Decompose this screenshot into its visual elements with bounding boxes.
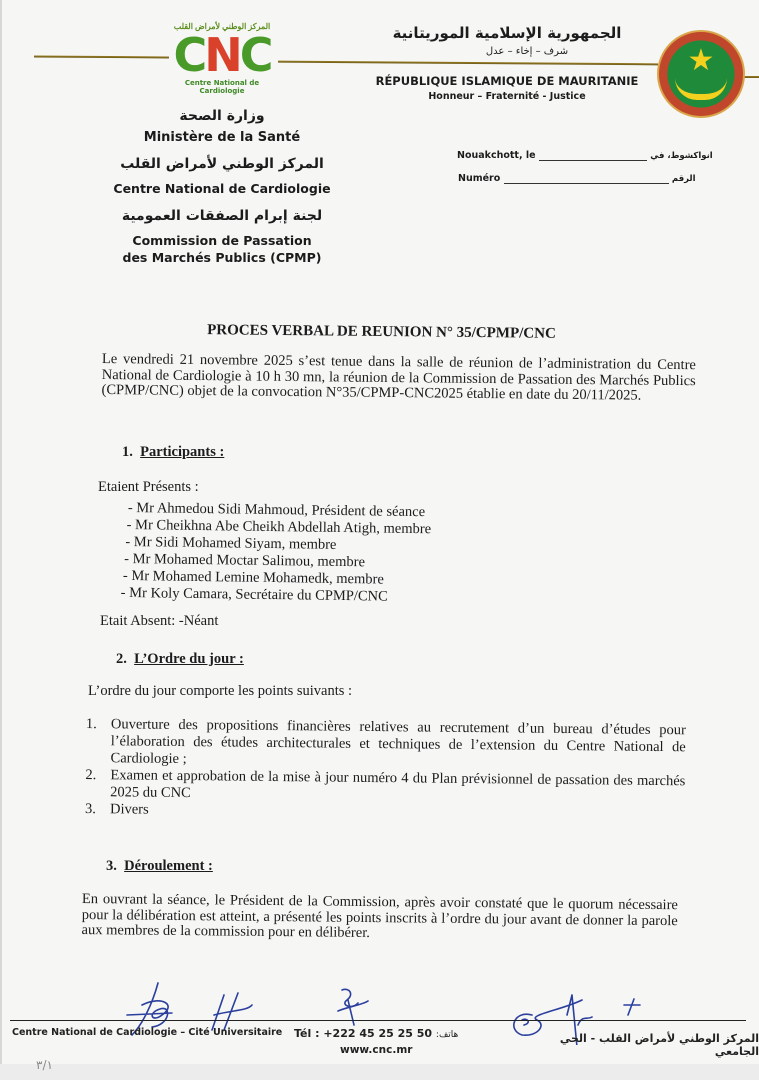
republic-arabic: الجمهورية الإسلامية الموريتانية	[372, 24, 642, 42]
footer-phone: Tél : +222 45 25 25 50 هاتف:	[294, 1027, 458, 1040]
commission-french-line1: Commission de Passation	[102, 233, 342, 248]
republic-french: RÉPUBLIQUE ISLAMIQUE DE MAURITANIE	[372, 74, 642, 88]
footer-address-french: Centre National de Cardiologie – Cité Un…	[12, 1027, 282, 1038]
agenda-list: 1. Ouverture des propositions financière…	[85, 716, 686, 824]
date-field: Nouakchott, le انواكشوط، في	[457, 150, 713, 161]
footer-website[interactable]: www.cnc.mr	[340, 1044, 412, 1056]
ministry-french: Ministère de la Santé	[102, 130, 342, 145]
signature-2	[212, 993, 252, 1030]
motto-french: Honneur – Fraternité - Justice	[372, 91, 642, 102]
number-blank	[504, 183, 669, 184]
agenda-item: 2. Examen et approbation de la mise à jo…	[85, 767, 685, 807]
number-field: Numéro الرقم	[458, 173, 696, 184]
participants-list: - Mr Ahmedou Sidi Mahmoud, Président de …	[127, 500, 432, 606]
commission-french-line2: des Marchés Publics (CPMP)	[102, 250, 342, 265]
agenda-intro: L’ordre du jour comporte les points suiv…	[88, 683, 352, 700]
signature-4	[514, 1000, 582, 1035]
footer-rule	[10, 1020, 746, 1021]
header-rule-left	[34, 56, 169, 59]
participant-item: - Mr Koly Camara, Secrétaire du CPMP/CNC	[121, 585, 431, 606]
ministry-arabic: وزارة الصحة	[102, 108, 342, 124]
document-page: المركز الوطني لأمراض القلب CNC Centre Na…	[0, 0, 759, 1064]
page-number: ٣/١	[36, 1058, 53, 1072]
cnc-logo: المركز الوطني لأمراض القلب CNC Centre Na…	[166, 22, 278, 108]
present-label: Etaient Présents :	[98, 479, 199, 496]
document-title: PROCES VERBAL DE REUNION N° 35/CPMP/CNC	[2, 320, 759, 345]
commission-arabic: لجنة إبرام الصفقات العمومية	[102, 208, 342, 224]
footer-address-arabic: المركز الوطني لأمراض القلب - الحي الجامع…	[517, 1032, 759, 1058]
signature-6	[624, 999, 640, 1015]
logo-letters: CNC	[166, 31, 278, 79]
absent-line: Etait Absent: -Néant	[100, 613, 218, 630]
section-proceedings-heading: 3. Déroulement :	[106, 858, 213, 875]
section-participants-heading: 1. Participants :	[122, 444, 224, 461]
intro-paragraph: Le vendredi 21 novembre 2025 s’est tenue…	[102, 352, 696, 405]
centre-french: Centre National de Cardiologie	[102, 181, 342, 196]
motto-arabic: شرف – إخاء – عدل	[372, 46, 642, 57]
date-blank	[539, 160, 647, 161]
centre-arabic: المركز الوطني لأمراض القلب	[102, 156, 342, 172]
proceedings-paragraph: En ouvrant la séance, le Président de la…	[82, 892, 678, 945]
section-agenda-heading: 2. L’Ordre du jour :	[116, 651, 244, 668]
national-seal-icon: ★	[657, 30, 745, 118]
agenda-item: 1. Ouverture des propositions financière…	[85, 716, 686, 773]
header-rule-middle	[278, 61, 658, 66]
